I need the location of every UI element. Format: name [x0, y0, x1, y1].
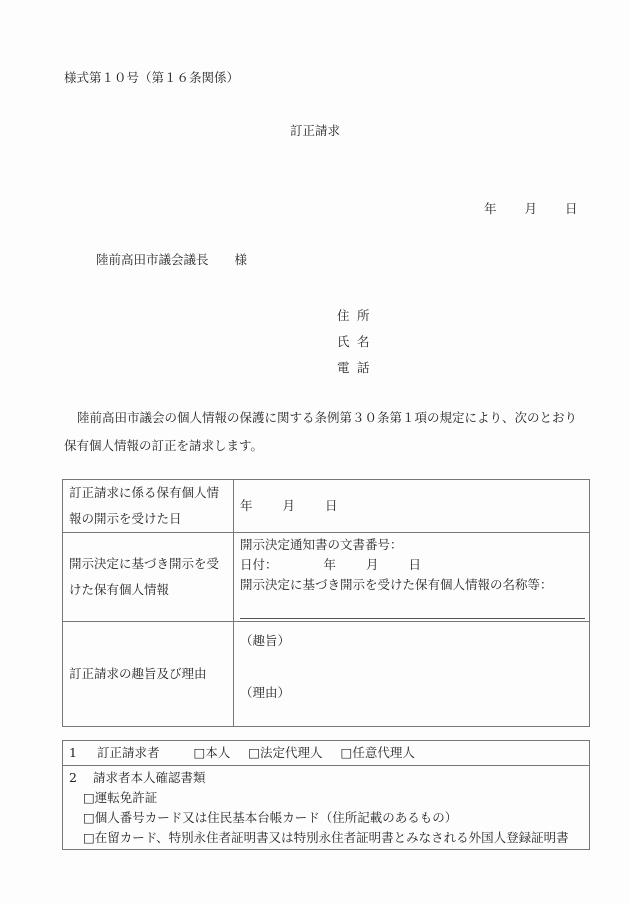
- requester-table: 1 訂正請求者 □本人 □法定代理人 □任意代理人 2請求者本人確認書類 □運転…: [62, 740, 590, 850]
- addressee-name: 陸前高田市議会議長: [96, 252, 209, 267]
- form-number: 様式第１０号（第１６条関係）: [64, 68, 239, 86]
- requester-type-row: 1 訂正請求者 □本人 □法定代理人 □任意代理人: [63, 741, 590, 766]
- checkbox-my-number-card[interactable]: □個人番号カード又は住民基本台帳カード（住所記載のあるもの）: [69, 808, 583, 828]
- checkbox-voluntary-agent[interactable]: □任意代理人: [341, 745, 415, 760]
- checkbox-residence-card[interactable]: □在留カード、特別永住者証明書又は特別永住者証明書とみなされる外国人登録証明書: [69, 828, 583, 848]
- address-field[interactable]: 住所: [337, 303, 370, 329]
- requester-info: 住所 氏名 電話: [337, 303, 370, 381]
- request-statement: 陸前高田市議会の個人情報の保護に関する条例第３０条第１項の規定により、次のとおり…: [64, 404, 584, 460]
- gist-label: （趣旨）: [240, 628, 290, 654]
- disclosure-decision-date: 日付： 年 月 日: [240, 555, 589, 575]
- addressee: 陸前高田市議会議長様: [96, 250, 247, 268]
- doc-number-label: 開示決定通知書の文書番号：: [240, 535, 589, 555]
- checkbox-self[interactable]: □本人: [193, 745, 230, 760]
- checkbox-drivers-license[interactable]: □運転免許証: [69, 788, 583, 808]
- date-month: 月: [525, 199, 538, 217]
- table-row: 訂正請求に係る保有個人情報の開示を受けた日 年 月 日: [63, 480, 590, 533]
- disclosure-date-label: 訂正請求に係る保有個人情報の開示を受けた日: [63, 480, 234, 533]
- document-title: 訂正請求: [0, 121, 630, 139]
- disclosed-info-field[interactable]: 開示決定通知書の文書番号： 日付： 年 月 日 開示決定に基づき開示を受けた保有…: [240, 533, 589, 621]
- table-row: 1 訂正請求者 □本人 □法定代理人 □任意代理人: [63, 741, 590, 766]
- date-year: 年: [484, 199, 497, 217]
- request-date: 年 月 日: [484, 199, 578, 217]
- date-day: 日: [565, 199, 578, 217]
- gist-reason-label: 訂正請求の趣旨及び理由: [63, 622, 234, 727]
- info-name-label: 開示決定に基づき開示を受けた保有個人情報の名称等：: [240, 575, 589, 595]
- underline: [240, 618, 585, 619]
- checkbox-legal-agent[interactable]: □法定代理人: [248, 745, 322, 760]
- table-row: 2請求者本人確認書類 □運転免許証 □個人番号カード又は住民基本台帳カード（住所…: [63, 766, 590, 850]
- table-row: 開示決定に基づき開示を受けた保有個人情報 開示決定通知書の文書番号： 日付： 年…: [63, 533, 590, 622]
- honorific: 様: [235, 252, 248, 267]
- request-details-table: 訂正請求に係る保有個人情報の開示を受けた日 年 月 日 開示決定に基づき開示を受…: [62, 479, 590, 727]
- name-field[interactable]: 氏名: [337, 329, 370, 355]
- disclosed-info-label: 開示決定に基づき開示を受けた保有個人情報: [63, 533, 234, 622]
- table-row: 訂正請求の趣旨及び理由 （趣旨） （理由）: [63, 622, 590, 727]
- phone-field[interactable]: 電話: [337, 355, 370, 381]
- gist-reason-field[interactable]: （趣旨） （理由）: [234, 622, 589, 726]
- id-documents-row: 2請求者本人確認書類 □運転免許証 □個人番号カード又は住民基本台帳カード（住所…: [63, 766, 590, 850]
- disclosure-date-field[interactable]: 年 月 日: [234, 480, 590, 533]
- reason-label: （理由）: [240, 680, 290, 706]
